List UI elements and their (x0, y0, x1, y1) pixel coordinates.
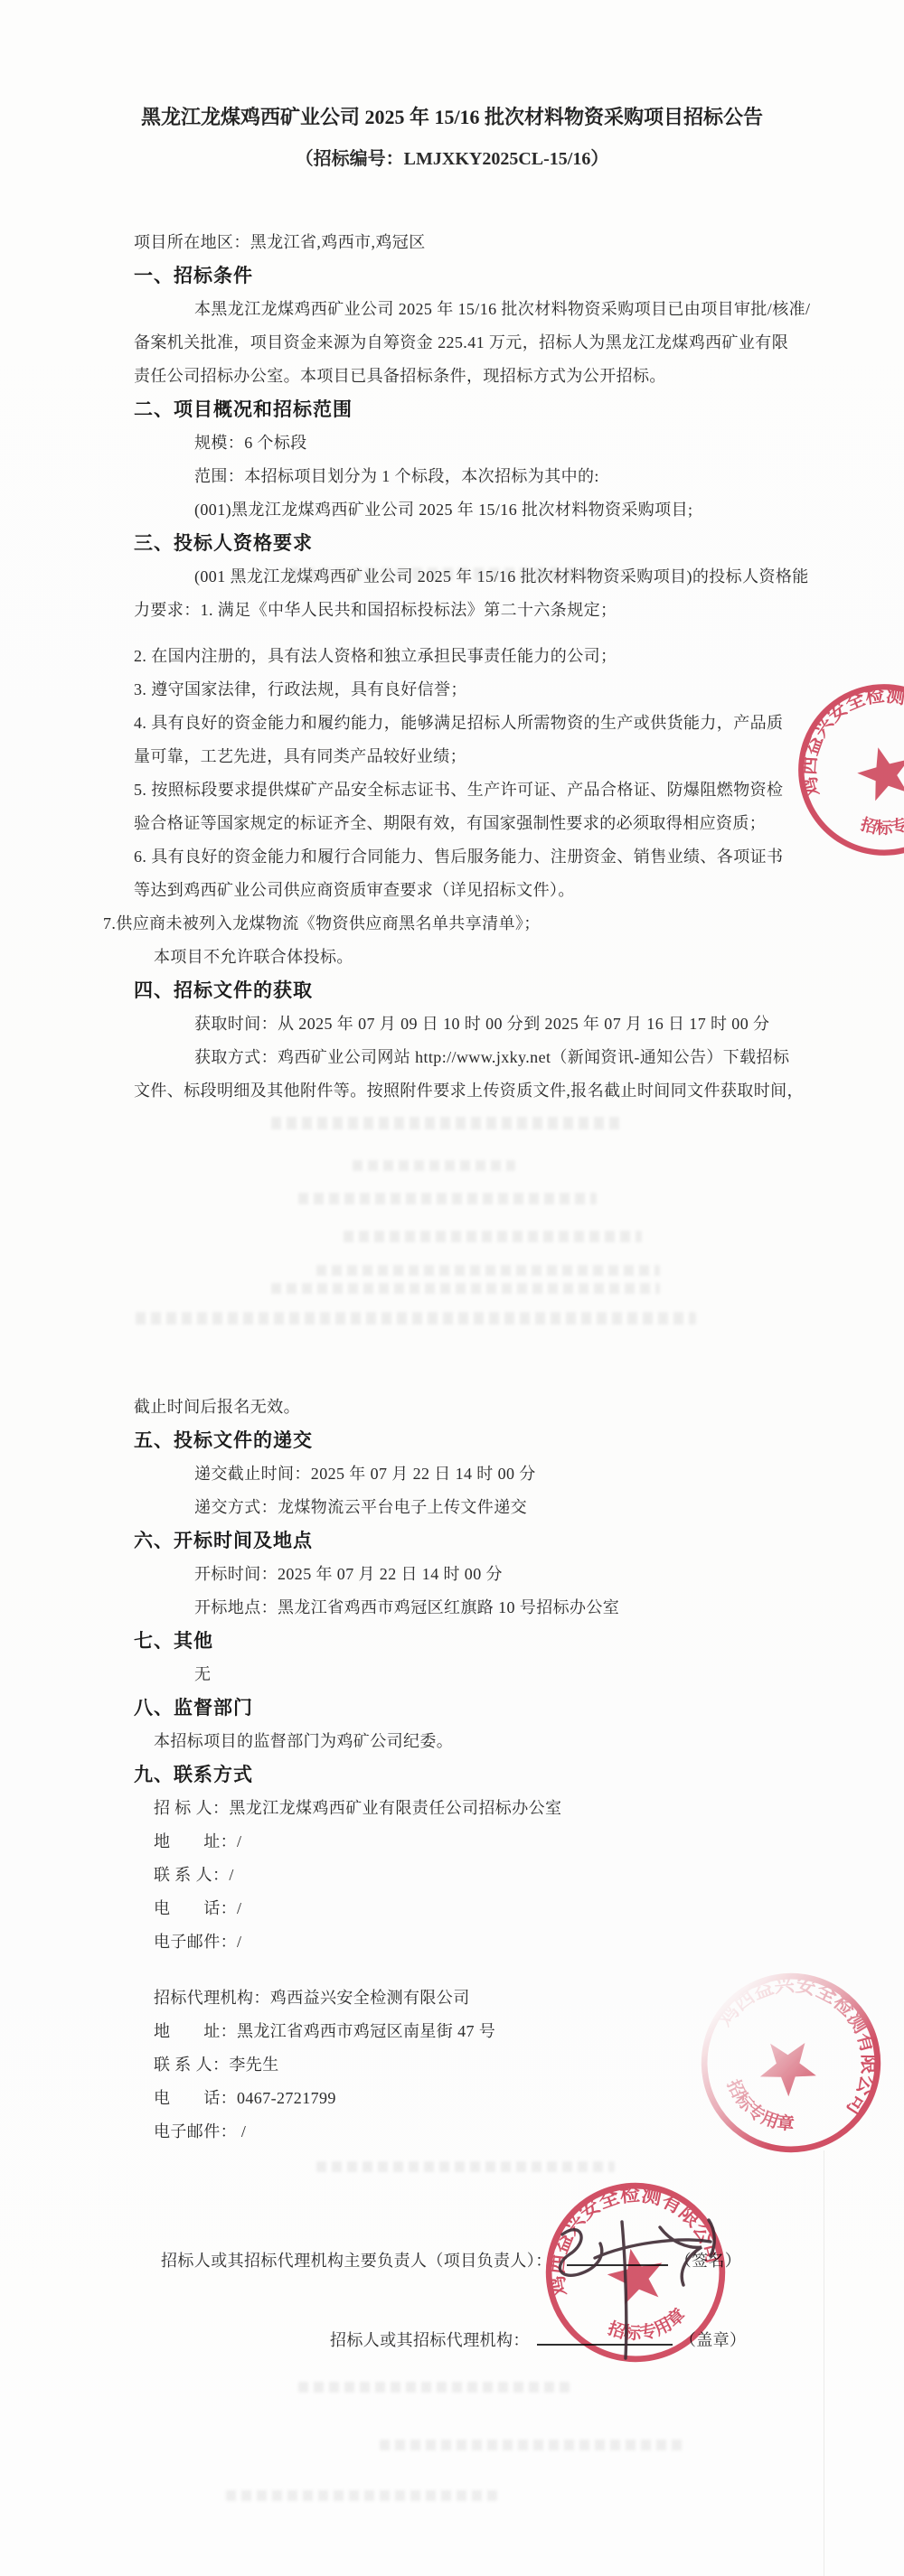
text-line: 本项目不允许联合体投标。 (134, 941, 904, 974)
text-line: 招 标 人：黑龙江龙煤鸡西矿业有限责任公司招标办公室 (134, 1792, 904, 1825)
text-line: 九、联系方式 (134, 1758, 904, 1792)
text-line: 递交方式：龙煤物流云平台电子上传文件递交 (134, 1491, 904, 1524)
text-line: 三、投标人资格要求 (134, 527, 904, 560)
bleed-through-artifact (289, 567, 597, 580)
document-subtitle: （招标编号：LMJXKY2025CL-15/16） (0, 143, 904, 175)
text-line: 联 系 人：/ (134, 1859, 904, 1892)
text-line: 无 (134, 1658, 904, 1691)
text-line: 地 址：/ (134, 1825, 904, 1859)
document-body: 项目所在地区：黑龙江省,鸡西市,鸡冠区一、招标条件本黑龙江龙煤鸡西矿业公司 20… (0, 226, 904, 2149)
text-line: 文件、标段明细及其他附件等。按照附件要求上传资质文件,报名截止时间同文件获取时间… (134, 1074, 904, 1108)
text-line: 二、项目概况和招标范围 (134, 393, 904, 426)
text-line: 四、招标文件的获取 (134, 974, 904, 1007)
bleed-through-artifact (380, 2440, 687, 2450)
text-line: 力要求：1. 满足《中华人民共和国招标投标法》第二十六条规定； (134, 594, 904, 627)
text-line: 开标时间：2025 年 07 月 22 日 14 时 00 分 (134, 1558, 904, 1591)
text-line: 规模：6 个标段 (134, 426, 904, 460)
bleed-through-artifact (316, 1265, 660, 1276)
text-line: 递交截止时间：2025 年 07 月 22 日 14 时 00 分 (134, 1457, 904, 1491)
text-line: 7.供应商未被列入龙煤物流《物资供应商黑名单共享清单》； (103, 907, 904, 941)
text-line: 本招标项目的监督部门为鸡矿公司纪委。 (134, 1725, 904, 1758)
text-line: 八、监督部门 (134, 1691, 904, 1725)
text-line: 一、招标条件 (134, 259, 904, 293)
text-line: 责任公司招标办公室。本项目已具备招标条件，现招标方式为公开招标。 (134, 360, 904, 393)
scan-fold-line (824, 2150, 824, 2576)
text-line: 七、其他 (134, 1625, 904, 1658)
bleed-through-artifact (136, 1312, 696, 1325)
text-line: 备案机关批准，项目资金来源为自筹资金 225.41 万元，招标人为黑龙江龙煤鸡西… (134, 326, 904, 360)
bleed-through-artifact (344, 1231, 642, 1242)
text-line: 获取时间：从 2025 年 07 月 09 日 10 时 00 分到 2025 … (134, 1007, 904, 1041)
scanned-tender-announcement-page: 黑龙江龙煤鸡西矿业公司 2025 年 15/16 批次材料物资采购项目招标公告 … (0, 0, 904, 2576)
bleed-through-artifact (226, 2490, 497, 2501)
text-line: 等达到鸡西矿业公司供应商资质审查要求（详见招标文件）。 (134, 874, 904, 907)
bleed-through-artifact (298, 2382, 570, 2393)
text-line: 本黑龙江龙煤鸡西矿业公司 2025 年 15/16 批次材料物资采购项目已由项目… (134, 293, 904, 326)
text-line: 验合格证等国家规定的标证齐全、期限有效，有国家强制性要求的必须取得相应资质； (134, 807, 904, 840)
text-line: 2. 在国内注册的，具有法人资格和独立承担民事责任能力的公司； (134, 640, 904, 673)
handwritten-signature (515, 2182, 750, 2363)
text-line: 范围：本招标项目划分为 1 个标段，本次招标为其中的: (134, 460, 904, 493)
bleed-through-artifact (298, 1193, 597, 1204)
bleed-through-artifact (271, 1117, 624, 1129)
text-line: 6. 具有良好的资金能力和履行合同能力、售后服务能力、注册资金、销售业绩、各项证… (134, 840, 904, 874)
signature-line-label: 招标人或其招标代理机构主要负责人（项目负责人）： (161, 2252, 552, 2270)
text-line: 获取方式：鸡西矿业公司网站 http://www.jxky.net（新闻资讯-通… (134, 1041, 904, 1074)
stamp-line-label: 招标人或其招标代理机构： (330, 2331, 530, 2349)
bleed-through-artifact (271, 1283, 660, 1294)
document-title: 黑龙江龙煤鸡西矿业公司 2025 年 15/16 批次材料物资采购项目招标公告 (0, 101, 904, 134)
text-line: 电 话：/ (134, 1892, 904, 1925)
bleed-through-artifact (316, 2161, 615, 2172)
text-line: 开标地点：黑龙江省鸡西市鸡冠区红旗路 10 号招标办公室 (134, 1591, 904, 1625)
text-line: 截止时间后报名无效。 (134, 1391, 904, 1424)
bleed-through-artifact (353, 1160, 515, 1171)
text-line: (001)黑龙江龙煤鸡西矿业公司 2025 年 15/16 批次材料物资采购项目… (134, 493, 904, 527)
text-line: 六、开标时间及地点 (134, 1524, 904, 1558)
text-line: 项目所在地区：黑龙江省,鸡西市,鸡冠区 (134, 226, 904, 259)
text-line: 五、投标文件的递交 (134, 1424, 904, 1457)
